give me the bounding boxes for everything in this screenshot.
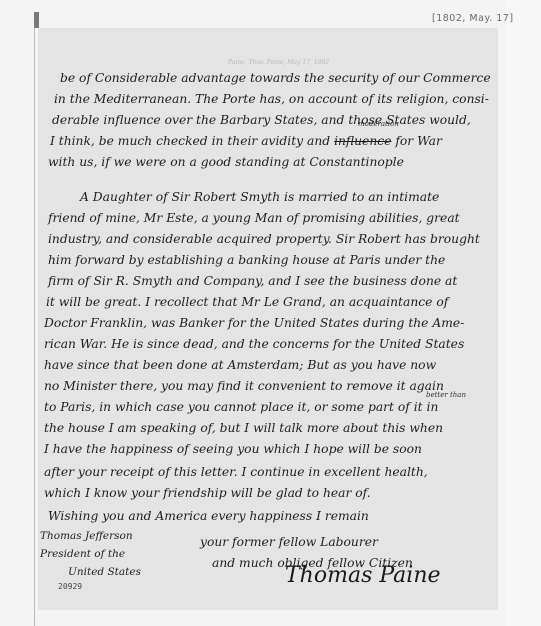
letter-line: it will be great. I recollect that Mr Le… (46, 295, 448, 309)
letter-line: after your receipt of this letter. I con… (44, 465, 428, 479)
letter-line-tail: for War (395, 134, 442, 148)
date-annotation: [1802, May. 17] (432, 13, 514, 24)
letter-line-text: I think, be much checked in their avidit… (50, 134, 330, 148)
letter-line: with us, if we were on a good standing a… (48, 155, 404, 169)
addressee-country: United States (68, 566, 141, 578)
letter-line: A Daughter of Sir Robert Smyth is marrie… (80, 190, 439, 204)
letter-line: him forward by establishing a banking ho… (48, 253, 445, 267)
document-number: 20929 (58, 582, 82, 591)
scan-edge-mark (34, 12, 39, 28)
letter-line: in the Mediterranean. The Porte has, on … (54, 92, 489, 106)
interlineation: moderation (358, 120, 399, 128)
addressee-name: Thomas Jefferson (40, 530, 133, 542)
manuscript-page: Paine, Thos. Paine, May 17, 1802 be of C… (38, 28, 498, 610)
letter-line: be of Considerable advantage towards the… (60, 71, 491, 85)
letter-line: have since that been done at Amsterdam; … (44, 358, 436, 372)
letter-line: industry, and considerable acquired prop… (48, 232, 480, 246)
scan-right-margin (506, 0, 541, 626)
letter-line: friend of mine, Mr Este, a young Man of … (48, 211, 460, 225)
addressee-title: President of the (40, 548, 125, 560)
letter-line: Doctor Franklin, was Banker for the Unit… (44, 316, 464, 330)
interlineation: better than (426, 391, 466, 399)
letter-line: Wishing you and America every happiness … (48, 509, 369, 523)
catalog-annotation: Paine, Thos. Paine, May 17, 1802 (228, 59, 329, 66)
letter-line: which I know your friendship will be gla… (44, 486, 371, 500)
letter-line: derable influence over the Barbary State… (52, 113, 471, 127)
letter-line: rican War. He is since dead, and the con… (44, 337, 464, 351)
letter-line: the house I am speaking of, but I will t… (44, 421, 443, 435)
struck-word: influence (334, 134, 391, 148)
scan-margin-line (34, 12, 35, 626)
letter-line: firm of Sir R. Smyth and Company, and I … (48, 274, 457, 288)
letter-line: I think, be much checked in their avidit… (50, 134, 442, 148)
letter-line: I have the happiness of seeing you which… (44, 442, 422, 456)
signature: Thomas Paine (285, 563, 441, 588)
closing-line: your former fellow Labourer (200, 535, 378, 549)
letter-line: no Minister there, you may find it conve… (44, 379, 444, 393)
letter-line: to Paris, in which case you cannot place… (44, 400, 438, 414)
